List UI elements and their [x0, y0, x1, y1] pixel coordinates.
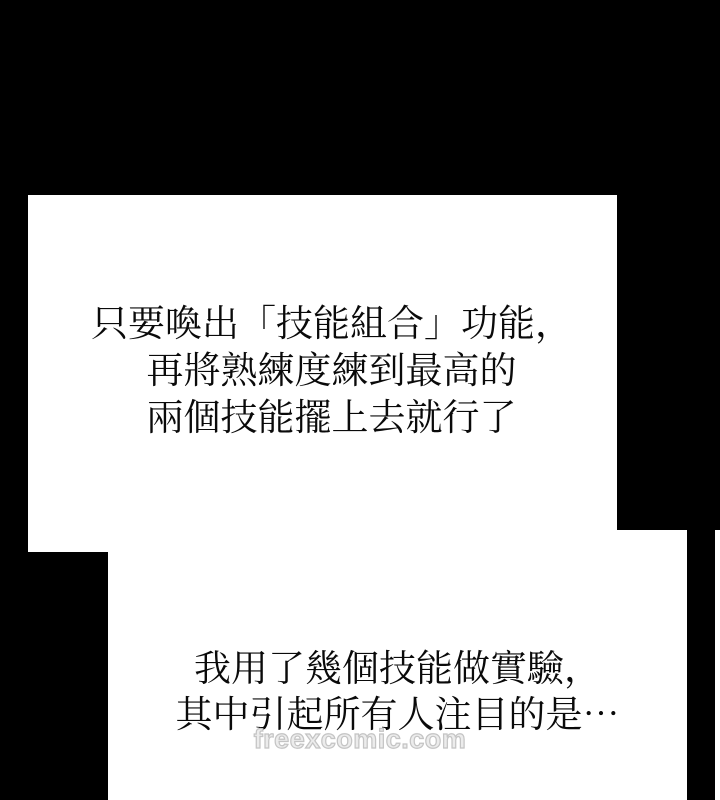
- speech-text-top: 只要喚出「技能組合」功能， 再將熟練度練到最高的 兩個技能擺上去就行了: [37, 300, 626, 441]
- comic-panel-right-sliver: [715, 530, 720, 800]
- speech-line: 只要喚出「技能組合」功能，: [37, 300, 626, 347]
- site-watermark: freexcomic.com: [240, 724, 480, 755]
- comic-page: 只要喚出「技能組合」功能， 再將熟練度練到最高的 兩個技能擺上去就行了 我用了幾…: [0, 0, 720, 800]
- speech-line: 我用了幾個技能做實驗，: [108, 646, 687, 692]
- speech-line: 兩個技能擺上去就行了: [37, 394, 626, 441]
- speech-line: 再將熟練度練到最高的: [37, 347, 626, 394]
